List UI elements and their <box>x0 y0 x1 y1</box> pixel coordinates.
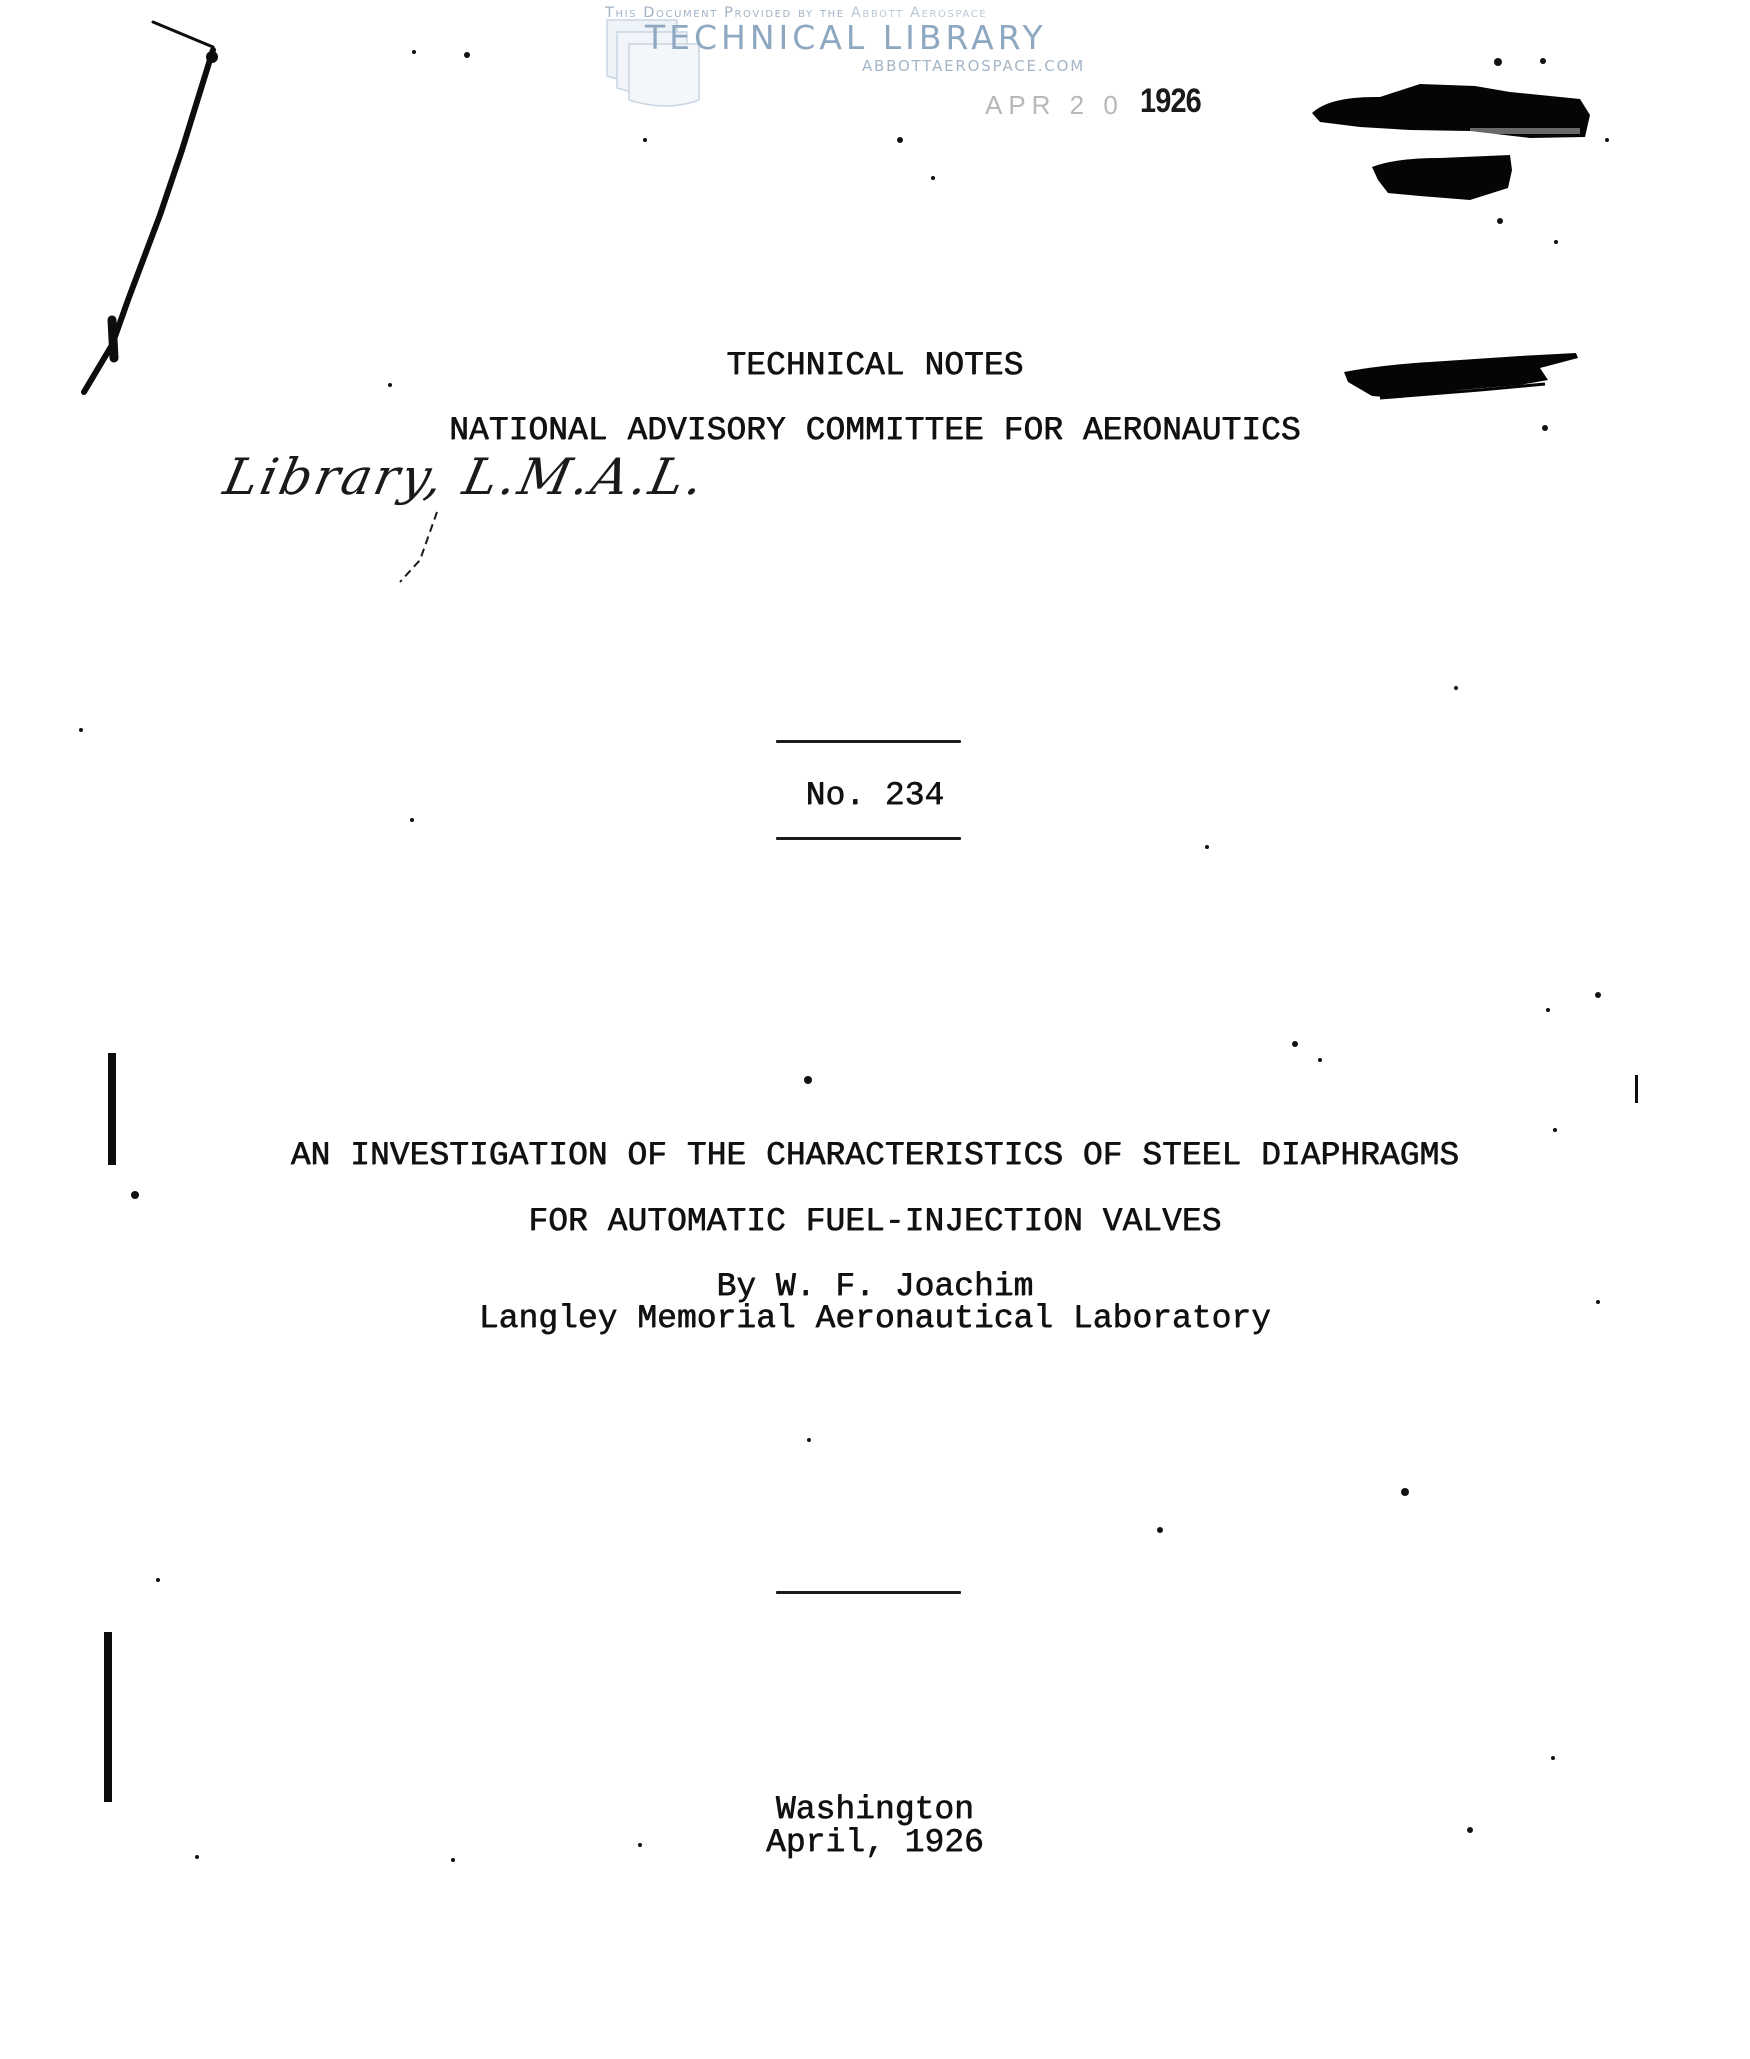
series-title: TECHNICAL NOTES <box>0 349 1750 382</box>
document-title-line-2: FOR AUTOMATIC FUEL-INJECTION VALVES <box>0 1205 1750 1238</box>
document-title-line-1: AN INVESTIGATION OF THE CHARACTERISTICS … <box>0 1139 1750 1172</box>
rule-lower <box>776 1591 961 1594</box>
note-number: No. 234 <box>0 779 1750 812</box>
rule-bottom <box>776 837 961 840</box>
margin-tick <box>1635 1075 1638 1103</box>
handwritten-library-note: Library, L.M.A.L. <box>219 448 712 506</box>
redaction-smudge <box>1372 155 1512 200</box>
publication-place: Washington <box>0 1793 1750 1826</box>
publication-date: April, 1926 <box>0 1826 1750 1859</box>
rule-top <box>776 740 961 743</box>
organization-name: NATIONAL ADVISORY COMMITTEE FOR AERONAUT… <box>0 414 1750 447</box>
scanned-document-page: This Document Provided by the Abbott Aer… <box>0 0 1750 2059</box>
scan-marks-overlay <box>0 0 1750 2059</box>
margin-bar <box>104 1632 112 1802</box>
redaction-smudge <box>1312 84 1590 138</box>
diagonal-pen-stroke-icon <box>84 22 218 392</box>
author-byline: By W. F. Joachim <box>0 1270 1750 1303</box>
author-affiliation: Langley Memorial Aeronautical Laboratory <box>0 1302 1750 1335</box>
